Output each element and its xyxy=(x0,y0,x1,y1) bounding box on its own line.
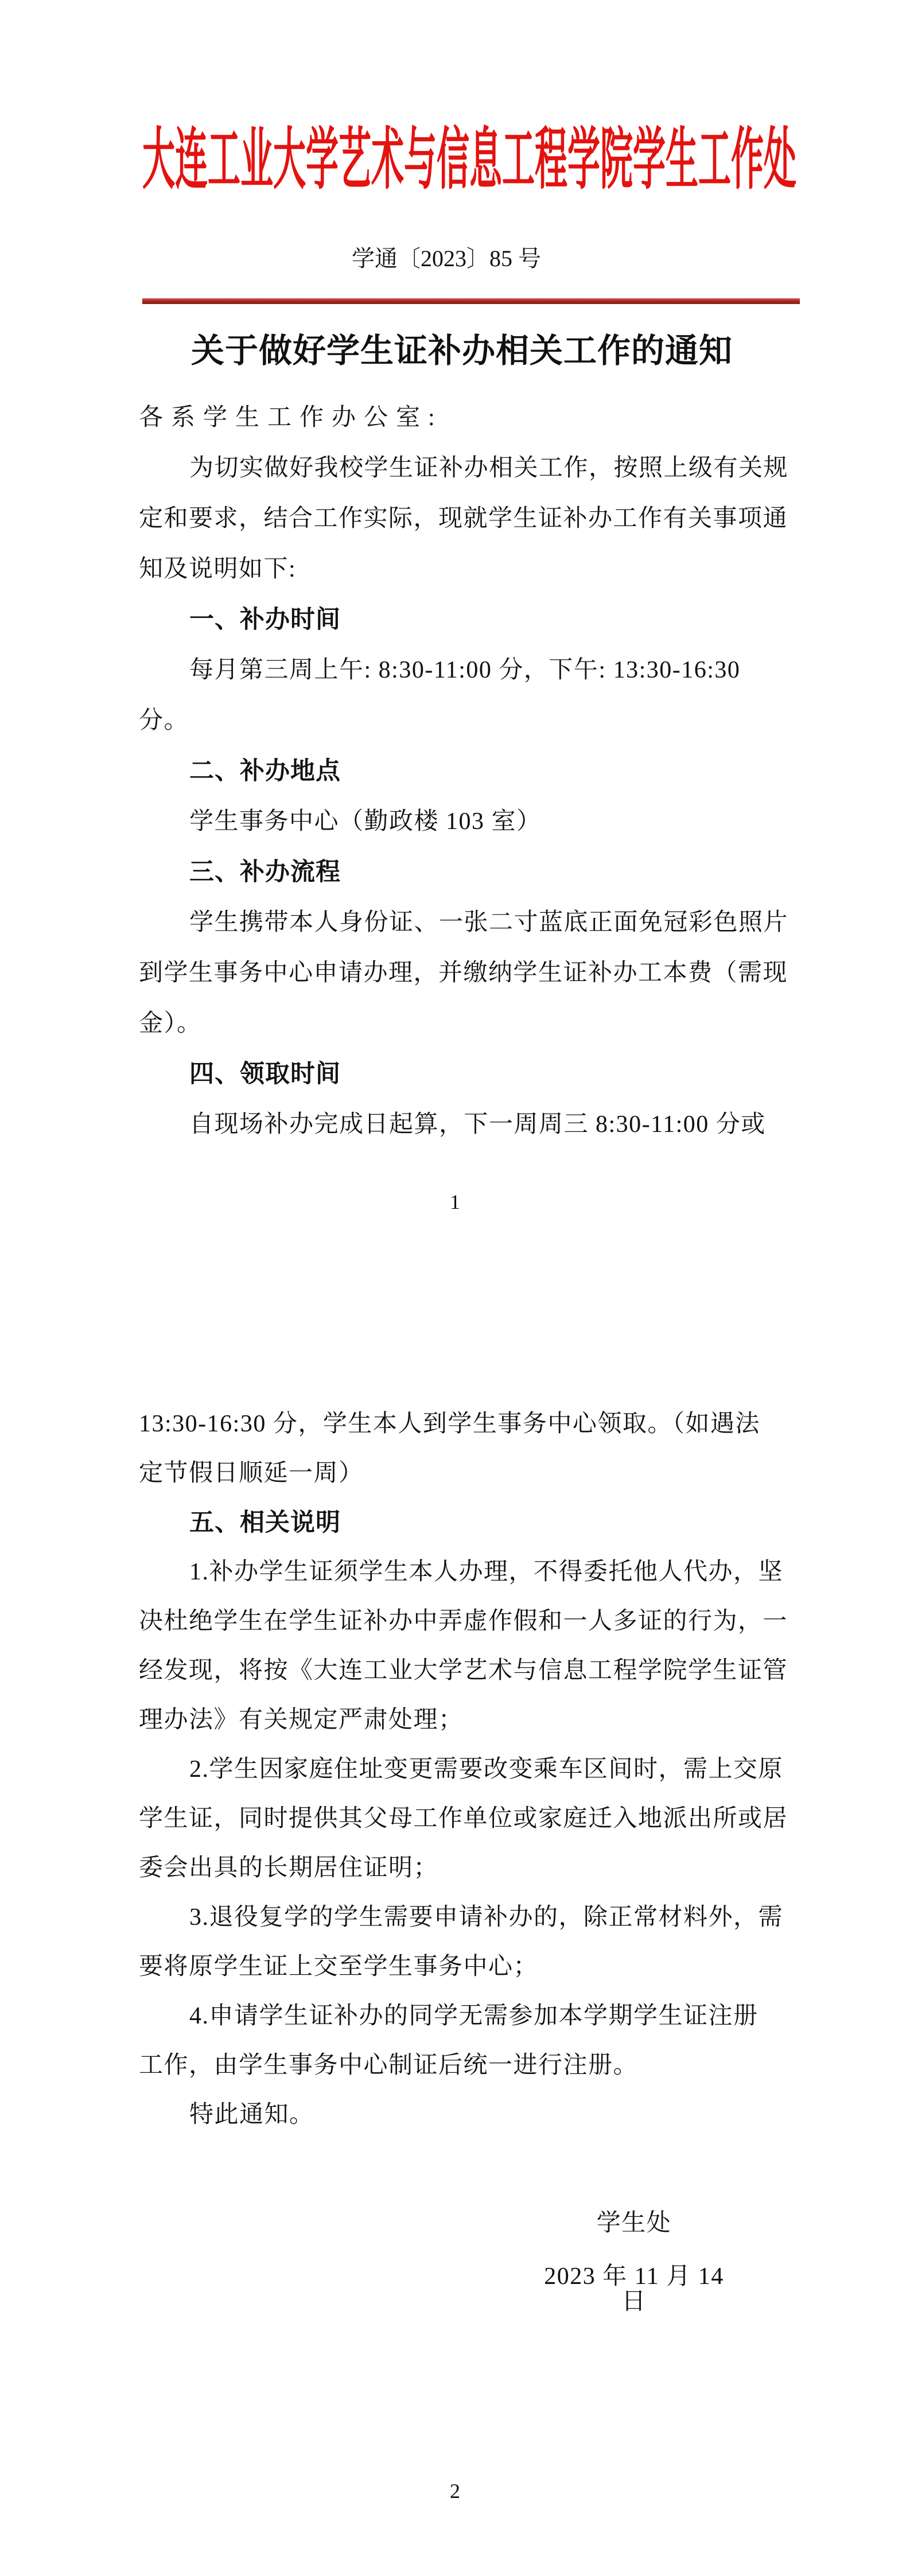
section4-paragraph-continued: 13:30-16:30 分，学生本人到学生事务中心领取。（如遇法 定节假日顺延一… xyxy=(139,1399,804,1498)
section-heading-3: 三、补办流程 xyxy=(139,847,804,897)
page-number-2: 2 xyxy=(0,2480,910,2502)
red-separator-rule xyxy=(142,298,800,304)
signature-date: 2023 年 11 月 14 日 xyxy=(534,2264,734,2314)
related-note-item-3: 3.退役复学的学生需要申请补办的，除正常材料外，需 要将原学生证上交至学生事务中… xyxy=(139,1893,804,1991)
section-heading-1: 一、补办时间 xyxy=(139,594,804,645)
section4-paragraph: 自现场补办完成日起算，下一周周三 8:30-11:00 分或 xyxy=(139,1099,804,1150)
letterhead: 大连工业大学艺术与信息工程学院学生工作处 xyxy=(29,127,910,196)
related-note-item-4: 4.申请学生证补办的同学无需参加本学期学生证注册 工作，由学生事务中心制证后统一… xyxy=(139,1991,804,2090)
intro-paragraph: 为切实做好我校学生证补办相关工作，按照上级有关规 定和要求，结合工作实际，现就学… xyxy=(139,443,804,594)
section-heading-4: 四、领取时间 xyxy=(139,1049,804,1099)
related-note-item-2: 2.学生因家庭住址变更需要改变乘车区间时，需上交原 学生证，同时提供其父母工作单… xyxy=(139,1745,804,1893)
section-heading-2: 二、补办地点 xyxy=(139,746,804,796)
related-note-item-1: 1.补办学生证须学生本人办理，不得委托他人代办，坚 决杜绝学生在学生证补办中弄虚… xyxy=(139,1547,804,1745)
section1-paragraph: 每月第三周上午: 8:30-11:00 分，下午: 13:30-16:30 分。 xyxy=(139,645,804,746)
page1-body: 各系学生工作办公室: 为切实做好我校学生证补办相关工作，按照上级有关规 定和要求… xyxy=(139,392,804,1150)
closing-line: 特此通知。 xyxy=(139,2090,804,2139)
page2-body: 13:30-16:30 分，学生本人到学生事务中心领取。（如遇法 定节假日顺延一… xyxy=(139,1399,804,2139)
document-number: 学通〔2023〕85 号 xyxy=(0,247,893,271)
signer-department: 学生处 xyxy=(534,2211,734,2236)
page-number-1: 1 xyxy=(0,1191,910,1213)
section3-paragraph: 学生携带本人身份证、一张二寸蓝底正面免冠彩色照片 到学生事务中心申请办理，并缴纳… xyxy=(139,897,804,1049)
section-heading-5: 五、相关说明 xyxy=(139,1498,804,1547)
greeting-line: 各系学生工作办公室: xyxy=(139,392,804,443)
section2-paragraph: 学生事务中心（勤政楼 103 室） xyxy=(139,796,804,847)
notice-title: 关于做好学生证补办相关工作的通知 xyxy=(14,331,910,371)
